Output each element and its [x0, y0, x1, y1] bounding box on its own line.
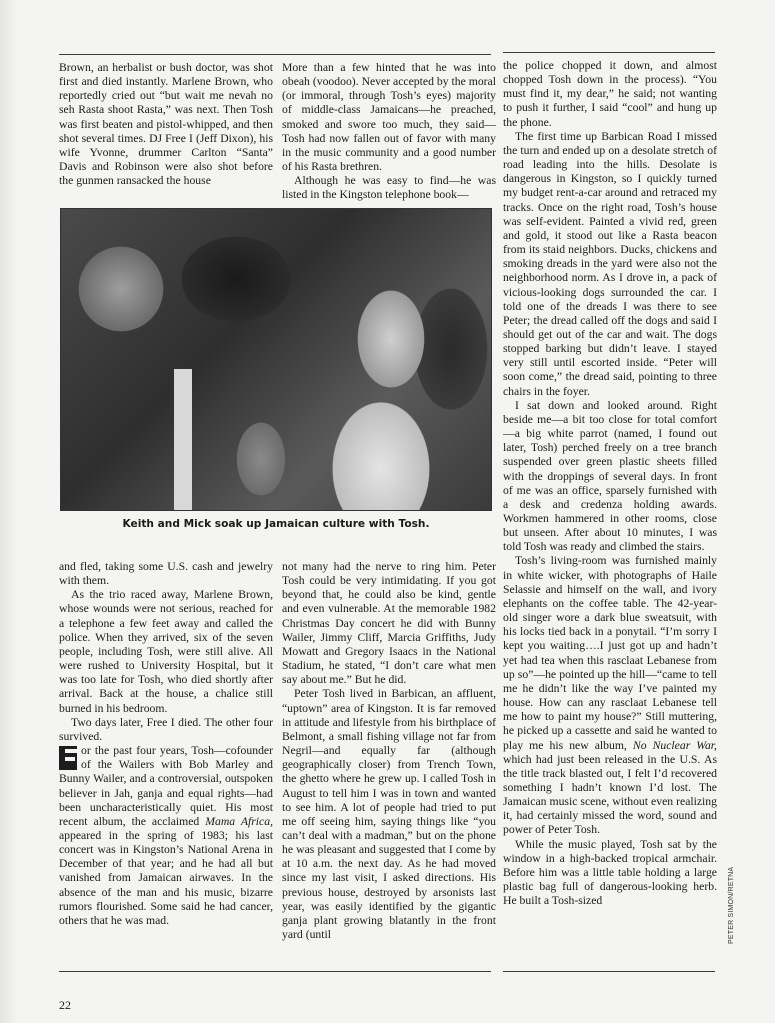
paragraph: the police chopped it down, and almost c…: [503, 59, 717, 130]
column-top-middle: More than a few hinted that he was into …: [282, 61, 496, 203]
column-bottom-left: and fled, taking some U.S. cash and jewe…: [59, 560, 273, 928]
column-top-left: Brown, an herbalist or bush doctor, was …: [59, 61, 273, 188]
column-bottom-middle: not many had the nerve to ring him. Pete…: [282, 560, 496, 942]
paragraph: not many had the nerve to ring him. Pete…: [282, 560, 496, 687]
paragraph: Brown, an herbalist or bush doctor, was …: [59, 61, 273, 188]
paragraph: and fled, taking some U.S. cash and jewe…: [59, 560, 273, 588]
photo-caption: Keith and Mick soak up Jamaican culture …: [60, 518, 492, 530]
page-number: 22: [59, 998, 71, 1013]
paragraph: As the trio raced away, Marlene Brown, w…: [59, 588, 273, 715]
paragraph: Peter Tosh lived in Barbican, an affluen…: [282, 687, 496, 942]
album-title-mama-africa: Mama Africa: [205, 815, 270, 828]
paragraph: Two days later, Free I died. The other f…: [59, 716, 273, 744]
paragraph: Tosh’s living-room was furnished mainly …: [503, 554, 717, 837]
bottom-rule-left: [59, 971, 491, 972]
paragraph-text: Tosh’s living-room was furnished mainly …: [503, 554, 717, 751]
bottom-rule-right: [503, 971, 715, 972]
page-edge-shadow: [0, 0, 18, 1023]
paragraph: While the music played, Tosh sat by the …: [503, 838, 717, 909]
dropcap-f: [59, 746, 77, 770]
photo-credit: PETER SIMON/RETNA: [728, 867, 735, 944]
paragraph: More than a few hinted that he was into …: [282, 61, 496, 174]
photo-detail: [174, 369, 192, 510]
paragraph: I sat down and looked around. Right besi…: [503, 399, 717, 555]
top-rule-right: [503, 52, 715, 53]
column-right: the police chopped it down, and almost c…: [503, 59, 717, 908]
dropcap-paragraph: or the past four years, Tosh—co­founder …: [59, 744, 273, 928]
paragraph: Although he was easy to find—he was list…: [282, 174, 496, 202]
article-photo: [60, 208, 492, 511]
album-title-no-nuclear-war: No Nuclear War,: [633, 739, 717, 752]
dropcap-text-continued: , appeared in the spring of 1983; his la…: [59, 815, 273, 927]
top-rule-left: [59, 54, 491, 55]
paragraph-text-continued: which had just been released in the U.S.…: [503, 753, 717, 837]
paragraph: The first time up Barbican Road I missed…: [503, 130, 717, 399]
